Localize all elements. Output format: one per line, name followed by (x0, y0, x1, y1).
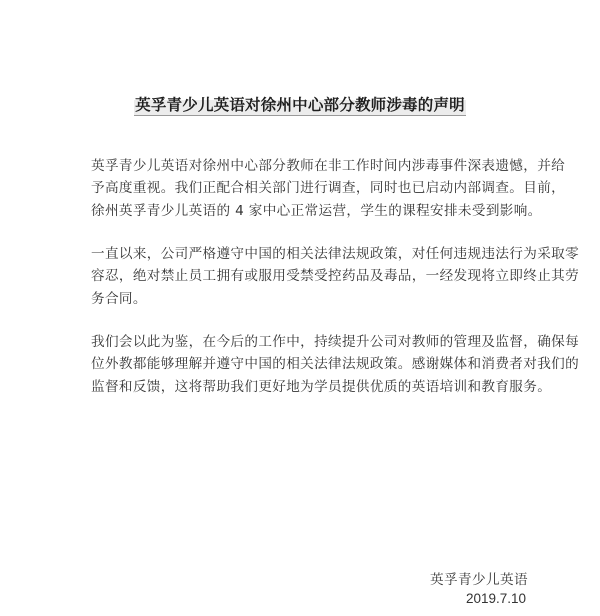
paragraph-1: 英孚青少儿英语对徐州中心部分教师在非工作时间内涉毒事件深表遗憾，并给 予高度重视… (91, 155, 531, 222)
signature-name: 英孚青少儿英语 (430, 568, 528, 588)
paragraph-2: 一直以来，公司严格遵守中国的相关法律法规政策，对任何违规违法行为采取零 容忍，绝… (91, 243, 531, 310)
document-title-text: 英孚青少儿英语对徐州中心部分教师涉毒的声明 (134, 96, 466, 116)
paragraph-line: 徐州英孚青少儿英语的 4 家中心正常运营，学生的课程安排未受到影响。 (91, 200, 531, 222)
paragraph-line: 我们会以此为鉴，在今后的工作中，持续提升公司对教师的管理及监督，确保每 (91, 331, 531, 353)
paragraph-line: 监督和反馈，这将帮助我们更好地为学员提供优质的英语培训和教育服务。 (91, 376, 531, 398)
paragraph-line: 容忍，绝对禁止员工拥有或服用受禁受控药品及毒品，一经发现将立即终止其劳 (91, 265, 531, 287)
paragraph-line: 位外教都能够理解并遵守中国的相关法律法规政策。感谢媒体和消费者对我们的 (91, 353, 531, 375)
paragraph-3: 我们会以此为鉴，在今后的工作中，持续提升公司对教师的管理及监督，确保每 位外教都… (91, 331, 531, 398)
paragraph-line: 英孚青少儿英语对徐州中心部分教师在非工作时间内涉毒事件深表遗憾，并给 (91, 155, 531, 177)
paragraph-line: 一直以来，公司严格遵守中国的相关法律法规政策，对任何违规违法行为采取零 (91, 243, 531, 265)
document-title: 英孚青少儿英语对徐州中心部分教师涉毒的声明 (0, 93, 600, 115)
statement-document: 英孚青少儿英语对徐州中心部分教师涉毒的声明 英孚青少儿英语对徐州中心部分教师在非… (0, 0, 600, 616)
paragraph-line: 予高度重视。我们正配合相关部门进行调查，同时也已启动内部调查。目前， (91, 177, 531, 199)
signature-date: 2019.7.10 (466, 591, 526, 606)
paragraph-line: 务合同。 (91, 288, 531, 310)
